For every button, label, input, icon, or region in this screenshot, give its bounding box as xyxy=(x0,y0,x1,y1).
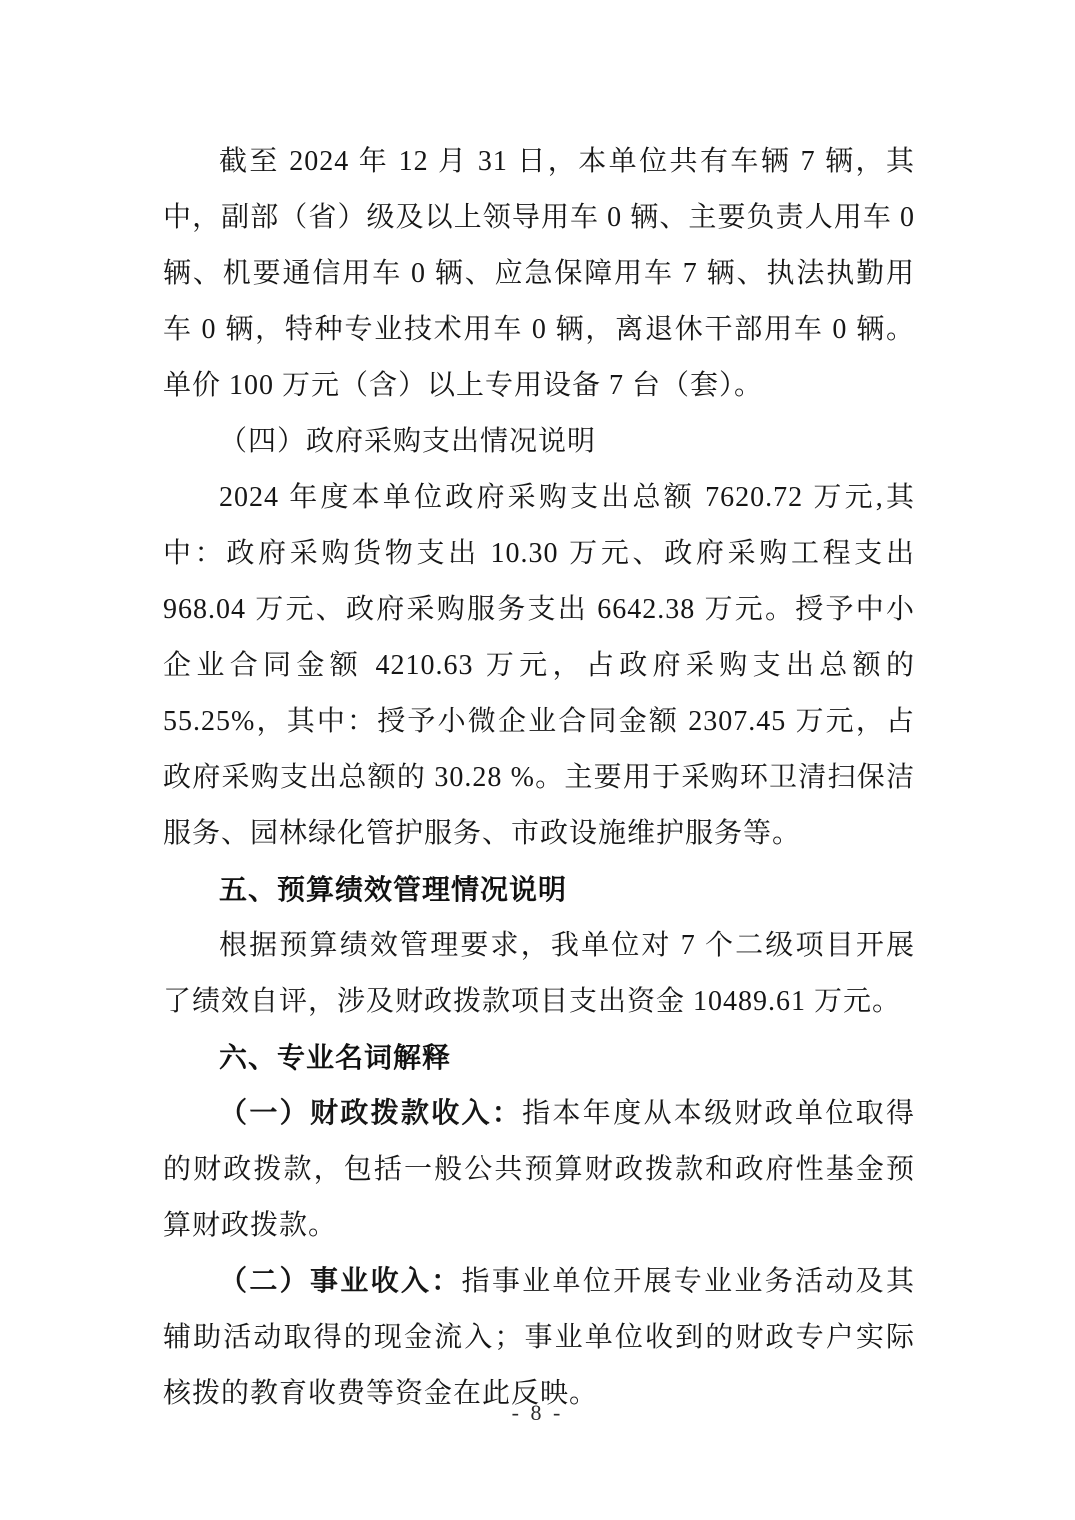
heading-budget-performance: 五、预算绩效管理情况说明 xyxy=(163,862,915,918)
paragraph-vehicle-summary: 截至 2024 年 12 月 31 日，本单位共有车辆 7 辆，其中，副部（省）… xyxy=(163,134,915,414)
paragraph-term-fiscal-appropriation: （一）财政拨款收入：指本年度从本级财政单位取得的财政拨款，包括一般公共预算财政拨… xyxy=(163,1086,915,1254)
paragraph-performance-detail: 根据预算绩效管理要求，我单位对 7 个二级项目开展了绩效自评，涉及财政拨款项目支… xyxy=(163,918,915,1030)
term-fiscal-appropriation-label: （一）财政拨款收入： xyxy=(219,1098,522,1129)
document-page: 截至 2024 年 12 月 31 日，本单位共有车辆 7 辆，其中，副部（省）… xyxy=(0,0,1075,1520)
paragraph-term-business-income: （二）事业收入：指事业单位开展专业业务活动及其辅助活动取得的现金流入；事业单位收… xyxy=(163,1254,915,1422)
heading-glossary: 六、专业名词解释 xyxy=(163,1030,915,1086)
paragraph-procurement-detail: 2024 年度本单位政府采购支出总额 7620.72 万元,其中：政府采购货物支… xyxy=(163,470,915,862)
term-business-income-label: （二）事业收入： xyxy=(219,1266,462,1297)
heading-gov-procurement: （四）政府采购支出情况说明 xyxy=(163,414,915,470)
document-body: 截至 2024 年 12 月 31 日，本单位共有车辆 7 辆，其中，副部（省）… xyxy=(163,134,915,1422)
page-number: - 8 - xyxy=(0,1400,1075,1426)
